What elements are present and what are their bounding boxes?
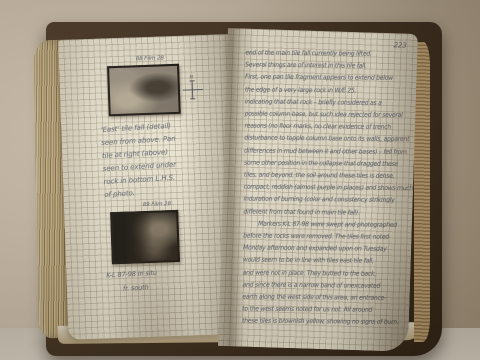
photo2-caption-below: K-L 87-98 in situ fr. south [106, 263, 217, 297]
right-page: 223 end of the main tile fall currently … [218, 28, 418, 352]
photo1-caption-below: ‘East’ tile fall (detail) seen from abov… [100, 117, 226, 202]
journal-line: First, one pan tile fragment appears to … [245, 71, 413, 85]
journal-text: end of the main tile fall currently bein… [242, 47, 413, 329]
journal-line: induration of burning (color and consist… [244, 193, 412, 207]
journal-line: would seem to be in line with tiles east… [243, 254, 411, 268]
photograph-of-open-notebook: 88 Film 28 N ‘East’ tile fall (detail) s… [0, 0, 480, 360]
photo2-caption-above: 89 Film 28 [122, 200, 192, 208]
north-arrow-icon: N [179, 75, 206, 104]
photo-markers-in-situ [110, 210, 180, 264]
journal-line: these tiles is brownish yellow, showing … [242, 315, 410, 329]
left-page: 88 Film 28 N ‘East’ tile fall (detail) s… [58, 34, 240, 340]
photo1-caption-above: 88 Film 28 [115, 55, 185, 63]
journal-line: disturbance to topple column base onto i… [244, 132, 412, 146]
photo-east-tile-fall [107, 64, 181, 116]
right-page-edge-stack [414, 42, 430, 342]
